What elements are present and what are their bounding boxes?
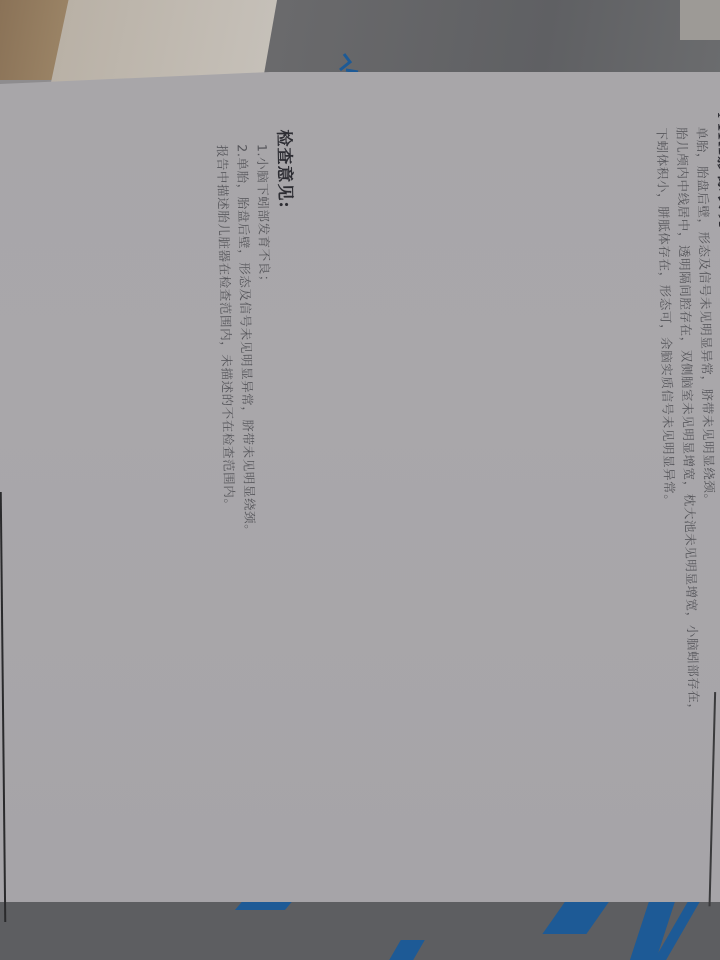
blue-print-stroke — [389, 940, 425, 960]
background-corner — [680, 0, 720, 40]
table-border-line — [0, 492, 6, 922]
mri-report: MRI影像表现: 单胎，胎盘后壁，形态及信号未见明显异常，脐带未见明显绕颈。 胎… — [211, 112, 720, 883]
blue-print-stroke — [542, 898, 611, 934]
blue-pen-mark — [336, 52, 366, 74]
background-bottom-sheet — [0, 900, 720, 960]
impression-section: 检查意见: 1.小脑下蚓部发育不良； 2.单胎，胎盘后壁，形态及信号未见明显异常… — [211, 121, 311, 883]
findings-section: MRI影像表现: 单胎，胎盘后壁，形态及信号未见明显异常，脐带未见明显绕颈。 胎… — [651, 112, 720, 874]
